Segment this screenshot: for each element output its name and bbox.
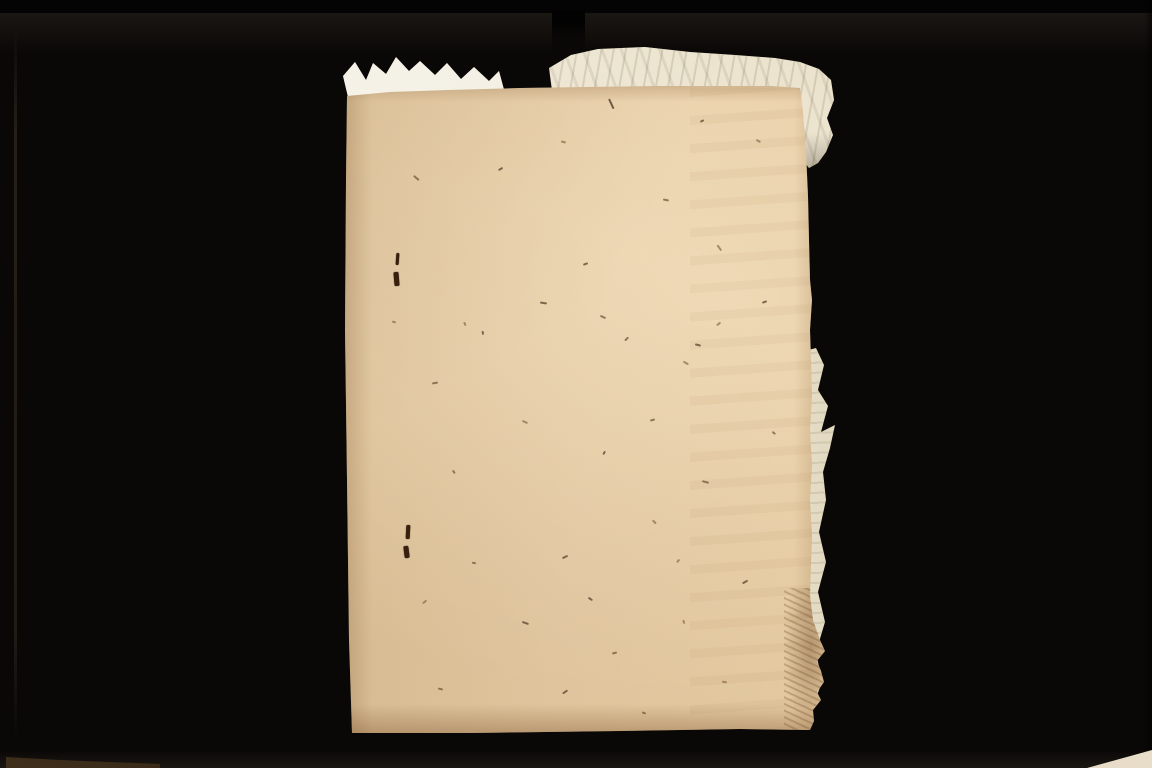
- fiber-speck: [413, 175, 419, 181]
- fiber-speck: [583, 262, 588, 265]
- fiber-speck: [522, 621, 529, 625]
- fiber-speck: [438, 687, 443, 690]
- staple-mark: [396, 253, 400, 265]
- staple-mark: [393, 272, 399, 286]
- page-left-edge-shading: [344, 92, 372, 734]
- staple-mark: [403, 546, 409, 559]
- fiber-speck: [463, 322, 466, 326]
- fiber-speck: [562, 555, 568, 559]
- page-bottom-edge-shading: [348, 704, 816, 734]
- fiber-speck: [683, 620, 686, 624]
- fiber-speck: [612, 651, 617, 654]
- photograph-stage: [0, 0, 1152, 768]
- fiber-speck: [498, 167, 503, 171]
- fiber-speck: [482, 331, 484, 335]
- fiber-speck: [624, 336, 629, 341]
- fiber-speck: [432, 381, 438, 384]
- fiber-speck: [452, 470, 456, 474]
- blank-document-page: [0, 0, 1152, 768]
- frame-top-notch: [552, 10, 585, 54]
- fiber-speck: [663, 198, 669, 201]
- frame-left-edge: [14, 26, 17, 740]
- fiber-speck: [600, 315, 606, 319]
- fiber-speck: [676, 559, 680, 563]
- fiber-speck: [650, 418, 655, 421]
- fiber-speck: [652, 519, 657, 524]
- frame-bottom-edge: [0, 751, 1152, 768]
- fiber-speck: [472, 562, 476, 564]
- fiber-speck: [683, 361, 689, 365]
- staple-mark: [406, 525, 411, 539]
- fiber-speck: [602, 451, 605, 455]
- fiber-speck: [540, 302, 547, 305]
- fiber-speck: [422, 600, 427, 604]
- fiber-speck: [392, 321, 396, 324]
- frame-right-shadow: [1144, 0, 1152, 768]
- fiber-speck: [562, 689, 568, 694]
- fiber-speck: [561, 140, 566, 143]
- fiber-speck: [588, 597, 593, 601]
- fiber-speck: [522, 420, 528, 424]
